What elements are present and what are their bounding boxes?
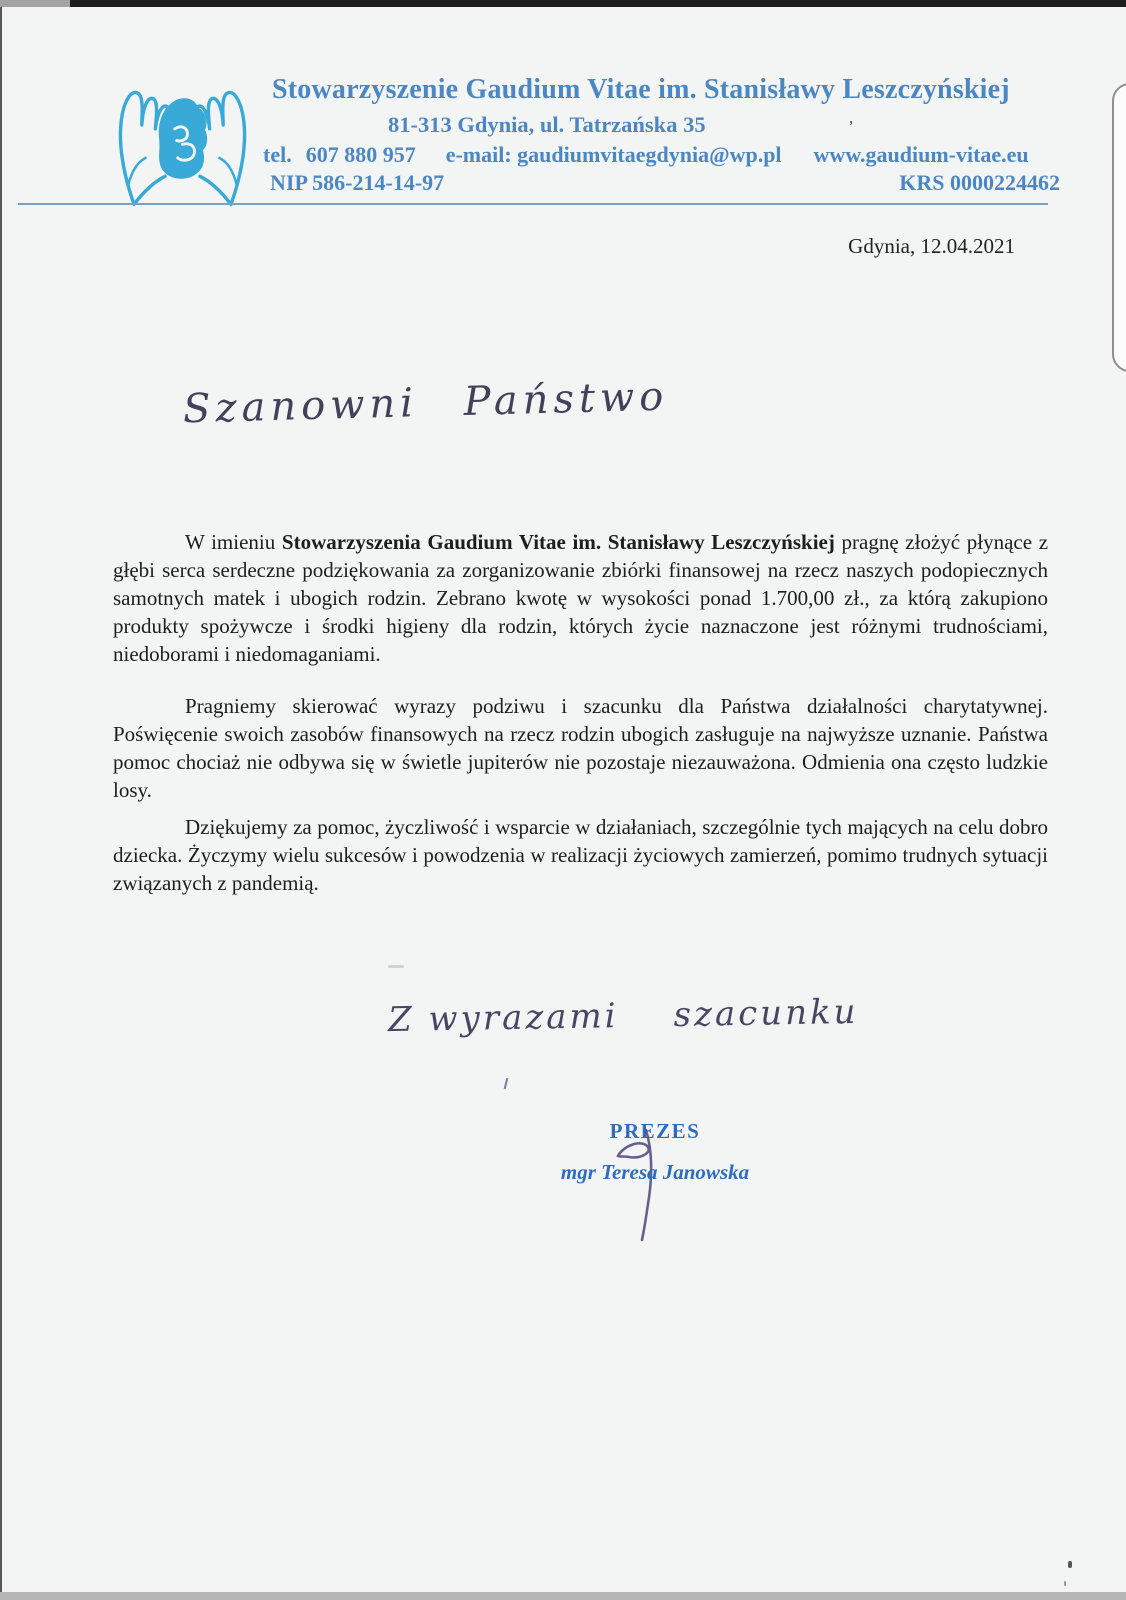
scan-edge-left (0, 7, 2, 1593)
scan-edge-top (0, 0, 1126, 7)
scan-edge-top-gray (0, 0, 70, 7)
scan-edge-bottom (0, 1592, 1126, 1600)
org-phone: 607 880 957 (306, 142, 416, 167)
ink-speck (504, 1078, 509, 1089)
handwritten-closing: Z wyrazami szacunku (388, 992, 859, 1040)
stray-ink-mark: , (849, 108, 853, 128)
org-nip: NIP 586-214-14-97 (270, 170, 444, 196)
closing-part1: Z wyrazami (388, 996, 619, 1040)
scrollbar-thumb[interactable] (1112, 83, 1126, 372)
org-id-row: NIP 586-214-14-97 KRS 0000224462 (270, 170, 1060, 196)
org-name: Stowarzyszenie Gaudium Vitae im. Stanisł… (272, 74, 1072, 106)
org-krs: KRS 0000224462 (899, 170, 1060, 196)
org-website: www.gaudium-vitae.eu (814, 142, 1029, 167)
hands-cradling-child-logo (105, 68, 260, 210)
scan-speck (1068, 1561, 1072, 1568)
para1-intro: W imieniu (185, 530, 275, 554)
para1-bold-orgname: Stowarzyszenia Gaudium Vitae im. Stanisł… (282, 530, 835, 554)
body-paragraph-2: Pragniemy skierować wyrazy podziwu i sza… (113, 692, 1048, 804)
body-paragraph-3: Dziękujemy za pomoc, życzliwość i wsparc… (113, 813, 1048, 897)
body-paragraph-1: W imieniu Stowarzyszenia Gaudium Vitae i… (113, 528, 1048, 668)
signatory-name: mgr Teresa Janowska (540, 1160, 770, 1185)
org-contact-row: tel.607 880 957e-mail: gaudiumvitaegdyni… (263, 142, 1073, 168)
handwritten-greeting: Szanowni Państwo (182, 374, 668, 433)
scan-speck (1064, 1581, 1066, 1586)
signature-flourish (612, 1126, 668, 1244)
org-address: 81-313 Gdynia, ul. Tatrzańska 35 (388, 112, 706, 138)
date-line: Gdynia, 12.04.2021 (700, 234, 1015, 259)
closing-part2: szacunku (673, 992, 859, 1035)
org-email: gaudiumvitaegdynia@wp.pl (517, 142, 781, 167)
tel-label: tel. (263, 142, 292, 167)
header-rule (18, 203, 1048, 205)
faint-pencil-mark (388, 965, 404, 968)
email-label: e-mail: (446, 142, 512, 167)
